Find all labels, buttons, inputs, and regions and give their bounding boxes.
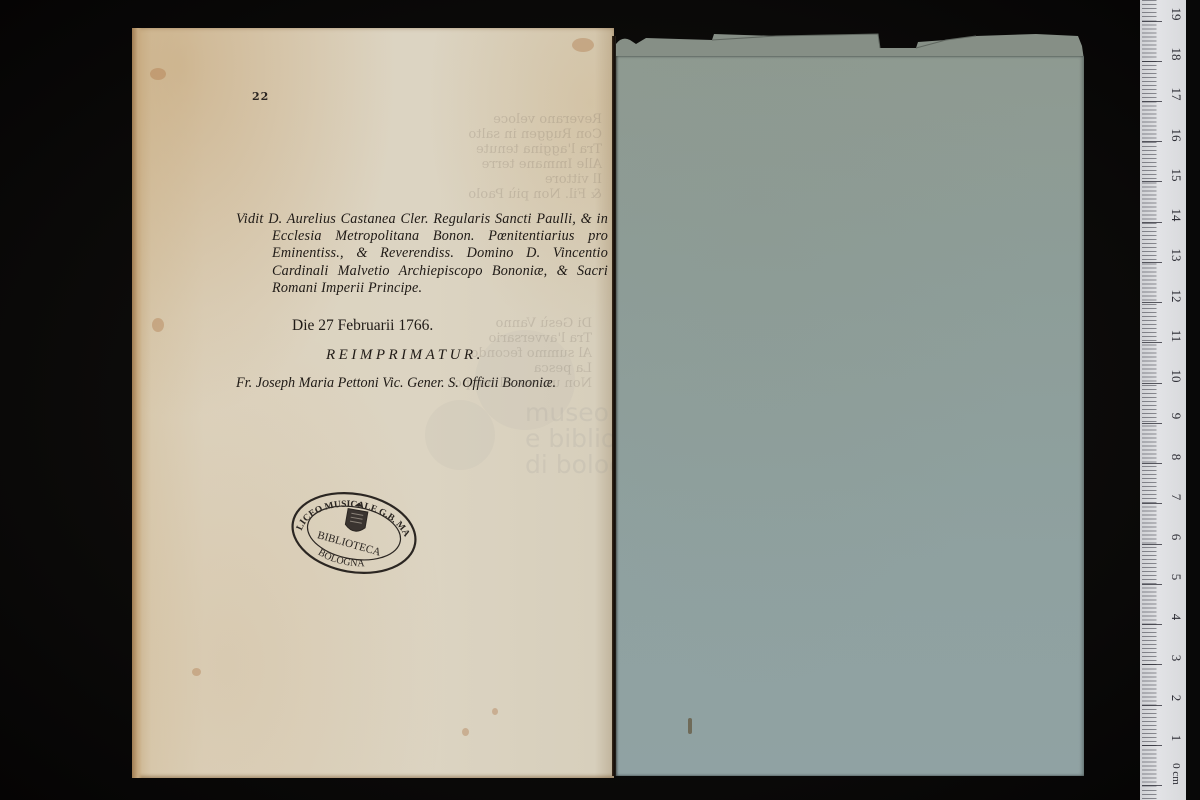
ruler-major-tick [1142,745,1162,746]
ruler-label: 19 [1168,4,1184,24]
ruler-label: 3 [1168,648,1184,668]
foxing-spot [492,708,498,715]
library-stamp: LICEO MUSICALE G.B. MARTINI BIBLIOTECA B… [282,479,427,587]
ruler-ticks [1142,0,1166,800]
ruler-label: 13 [1168,245,1184,265]
right-page-cover [616,56,1084,776]
ruler-major-tick [1142,423,1162,424]
ruler-label: 15 [1168,165,1184,185]
ruler-label: 18 [1168,44,1184,64]
page-edge [132,28,142,778]
page-number: 22 [252,90,269,103]
ruler-label: 1 [1168,728,1184,748]
ruler-major-tick [1142,61,1162,62]
ruler-shadow [1186,0,1200,800]
ruler-major-tick [1142,141,1162,142]
date-line: Die 27 Februarii 1766. [236,317,608,335]
ruler-label: 8 [1168,447,1184,467]
ruler-label: 14 [1168,205,1184,225]
ruler-major-tick [1142,705,1162,706]
foxing-spot [150,68,166,80]
foxing-spot [192,668,201,676]
ruler-major-tick [1142,544,1162,545]
foxing-spot [572,38,594,52]
ruler-label: 0 cm [1170,758,1182,790]
ruler-major-tick [1142,21,1162,22]
ruler-major-tick [1142,584,1162,585]
ruler-label: 9 [1168,406,1184,426]
ruler-label: 11 [1168,326,1184,346]
ruler-major-tick [1142,101,1162,102]
ruler-major-tick [1142,503,1162,504]
ruler-major-tick [1142,302,1162,303]
ruler-label: 5 [1168,567,1184,587]
ruler-major-tick [1142,262,1162,263]
ruler-label: 7 [1168,487,1184,507]
foxing-spot [152,318,164,332]
foxing-spot [462,728,469,736]
ruler-label: 2 [1168,688,1184,708]
ruler-label: 6 [1168,527,1184,547]
ruler-major-tick [1142,222,1162,223]
ruler-label: 17 [1168,84,1184,104]
ruler-major-tick [1142,785,1162,786]
ruler-major-tick [1142,342,1162,343]
paper-speck [688,718,692,734]
ruler-label: 16 [1168,125,1184,145]
ruler-major-tick [1142,383,1162,384]
approval-paragraph: Vidit D. Aurelius Castanea Cler. Regular… [236,211,608,297]
ruler-major-tick [1142,624,1162,625]
watermark-logo [425,400,495,470]
ruler-label: 10 [1168,366,1184,386]
show-through-text: Reverano veloce Con Ruggen in salto Tra … [432,112,602,202]
ruler-label: 12 [1168,286,1184,306]
ruler-major-tick [1142,664,1162,665]
ruler-label: 4 [1168,607,1184,627]
measurement-ruler [1140,0,1186,800]
ruler-major-tick [1142,181,1162,182]
ruler-major-tick [1142,463,1162,464]
